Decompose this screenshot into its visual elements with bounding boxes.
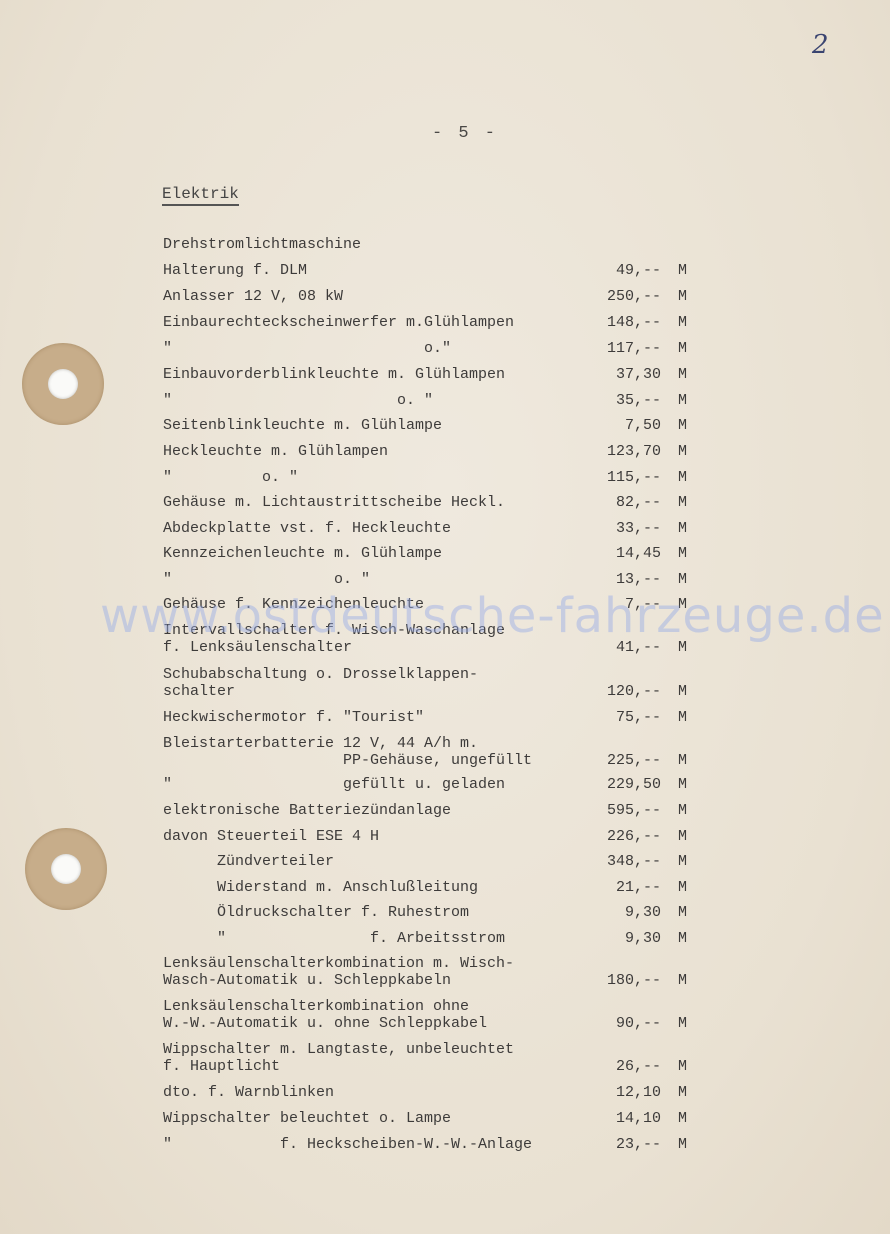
item-price: 226,-- bbox=[607, 828, 661, 845]
currency-mark: M bbox=[678, 904, 687, 921]
currency-mark: M bbox=[678, 752, 687, 769]
watermark: www.ostdeutsche-fahrzeuge.de bbox=[100, 588, 885, 644]
price-list-item: Gehäuse m. Lichtaustrittscheibe Heckl.82… bbox=[163, 494, 703, 511]
currency-mark: M bbox=[678, 828, 687, 845]
price-list-item: Anlasser 12 V, 08 kW250,--M bbox=[163, 288, 703, 305]
price-list-item: Widerstand m. Anschlußleitung21,--M bbox=[163, 879, 703, 896]
item-price: 21,-- bbox=[616, 879, 661, 896]
price-list-item: " o. "115,--M bbox=[163, 469, 703, 486]
currency-mark: M bbox=[678, 340, 687, 357]
item-description: " f. Arbeitsstrom bbox=[163, 930, 703, 947]
price-list-item: dto. f. Warnblinken12,10M bbox=[163, 1084, 703, 1101]
currency-mark: M bbox=[678, 1084, 687, 1101]
price-list-item: Kennzeichenleuchte m. Glühlampe14,45M bbox=[163, 545, 703, 562]
price-list-item: Einbauvorderblinkleuchte m. Glühlampen37… bbox=[163, 366, 703, 383]
price-list-item: elektronische Batteriezündanlage595,--M bbox=[163, 802, 703, 819]
currency-mark: M bbox=[678, 366, 687, 383]
item-price: 595,-- bbox=[607, 802, 661, 819]
item-price: 90,-- bbox=[616, 1015, 661, 1032]
item-price: 225,-- bbox=[607, 752, 661, 769]
currency-mark: M bbox=[678, 683, 687, 700]
item-price: 49,-- bbox=[616, 262, 661, 279]
handwritten-page-mark: 2 bbox=[812, 30, 829, 60]
punch-hole-reinforcement-top bbox=[22, 343, 104, 425]
price-list-item: " o. "13,--M bbox=[163, 571, 703, 588]
currency-mark: M bbox=[678, 443, 687, 460]
item-price: 120,-- bbox=[607, 683, 661, 700]
item-price: 13,-- bbox=[616, 571, 661, 588]
currency-mark: M bbox=[678, 288, 687, 305]
currency-mark: M bbox=[678, 469, 687, 486]
item-price: 115,-- bbox=[607, 469, 661, 486]
section-heading: Elektrik bbox=[162, 185, 239, 206]
item-price: 348,-- bbox=[607, 853, 661, 870]
currency-mark: M bbox=[678, 314, 687, 331]
price-list-item: " f. Heckscheiben-W.-W.-Anlage23,--M bbox=[163, 1136, 703, 1153]
price-list-item: Seitenblinkleuchte m. Glühlampe7,50M bbox=[163, 417, 703, 434]
item-price: 37,30 bbox=[616, 366, 661, 383]
item-price: 75,-- bbox=[616, 709, 661, 726]
item-price: 23,-- bbox=[616, 1136, 661, 1153]
item-price: 82,-- bbox=[616, 494, 661, 511]
currency-mark: M bbox=[678, 545, 687, 562]
currency-mark: M bbox=[678, 494, 687, 511]
item-price: 180,-- bbox=[607, 972, 661, 989]
currency-mark: M bbox=[678, 879, 687, 896]
currency-mark: M bbox=[678, 571, 687, 588]
price-list-item: " o."117,--M bbox=[163, 340, 703, 357]
item-price: 9,30 bbox=[625, 904, 661, 921]
currency-mark: M bbox=[678, 392, 687, 409]
punch-hole-reinforcement-bottom bbox=[25, 828, 107, 910]
item-price: 9,30 bbox=[625, 930, 661, 947]
document-page: 2 - 5 - Elektrik DrehstromlichtmaschineH… bbox=[0, 0, 890, 1234]
item-price: 14,45 bbox=[616, 545, 661, 562]
item-price: 117,-- bbox=[607, 340, 661, 357]
price-list-item: Heckleuchte m. Glühlampen123,70M bbox=[163, 443, 703, 460]
item-price: 250,-- bbox=[607, 288, 661, 305]
currency-mark: M bbox=[678, 520, 687, 537]
price-list-item: Öldruckschalter f. Ruhestrom9,30M bbox=[163, 904, 703, 921]
currency-mark: M bbox=[678, 802, 687, 819]
price-list-item: " o. "35,--M bbox=[163, 392, 703, 409]
currency-mark: M bbox=[678, 972, 687, 989]
currency-mark: M bbox=[678, 417, 687, 434]
item-description: Seitenblinkleuchte m. Glühlampe bbox=[163, 417, 703, 434]
currency-mark: M bbox=[678, 853, 687, 870]
item-price: 7,50 bbox=[625, 417, 661, 434]
price-list-item: Bleistarterbatterie 12 V, 44 A/h m. PP-G… bbox=[163, 735, 703, 769]
price-list-item: Wippschalter m. Langtaste, unbeleuchtet … bbox=[163, 1041, 703, 1075]
price-list-item: Wippschalter beleuchtet o. Lampe14,10M bbox=[163, 1110, 703, 1127]
page-number: - 5 - bbox=[432, 124, 498, 143]
item-description: Öldruckschalter f. Ruhestrom bbox=[163, 904, 703, 921]
item-price: 33,-- bbox=[616, 520, 661, 537]
item-price: 123,70 bbox=[607, 443, 661, 460]
currency-mark: M bbox=[678, 709, 687, 726]
item-price: 229,50 bbox=[607, 776, 661, 793]
price-list-item: Schubabschaltung o. Drosselklappen- scha… bbox=[163, 666, 703, 700]
currency-mark: M bbox=[678, 1110, 687, 1127]
currency-mark: M bbox=[678, 1058, 687, 1075]
price-list-item: " f. Arbeitsstrom9,30M bbox=[163, 930, 703, 947]
currency-mark: M bbox=[678, 262, 687, 279]
item-price: 14,10 bbox=[616, 1110, 661, 1127]
item-price: 12,10 bbox=[616, 1084, 661, 1101]
price-list-item: davon Steuerteil ESE 4 H226,--M bbox=[163, 828, 703, 845]
currency-mark: M bbox=[678, 1136, 687, 1153]
item-price: 26,-- bbox=[616, 1058, 661, 1075]
price-list-item: " gefüllt u. geladen229,50M bbox=[163, 776, 703, 793]
currency-mark: M bbox=[678, 776, 687, 793]
item-price: 148,-- bbox=[607, 314, 661, 331]
price-list-item: Halterung f. DLM49,--M bbox=[163, 262, 703, 279]
price-list-item: Zündverteiler348,--M bbox=[163, 853, 703, 870]
item-price: 35,-- bbox=[616, 392, 661, 409]
price-list-item: Heckwischermotor f. "Tourist"75,--M bbox=[163, 709, 703, 726]
price-list-item: Abdeckplatte vst. f. Heckleuchte33,--M bbox=[163, 520, 703, 537]
price-list-item: Lenksäulenschalterkombination ohne W.-W.… bbox=[163, 998, 703, 1032]
currency-mark: M bbox=[678, 1015, 687, 1032]
price-list-item: Lenksäulenschalterkombination m. Wisch- … bbox=[163, 955, 703, 989]
currency-mark: M bbox=[678, 930, 687, 947]
price-list-item: Einbaurechteckscheinwerfer m.Glühlampen1… bbox=[163, 314, 703, 331]
item-description: Drehstromlichtmaschine bbox=[163, 236, 703, 253]
price-list-item: Drehstromlichtmaschine bbox=[163, 236, 703, 253]
